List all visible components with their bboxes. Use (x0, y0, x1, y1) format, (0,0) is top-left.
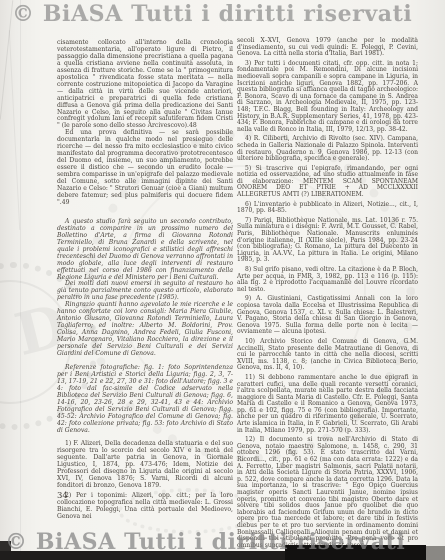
footnote-5: 5) Si trascrive qui l'epigrafe, rimandan… (237, 166, 418, 199)
footnote-2-continuation: secoli X–XVI, Genova 1979 (anche per le … (237, 38, 418, 58)
footnote-1: 1) F. Alizeri, Della decadenza della sta… (57, 441, 233, 490)
scan-crease (9, 30, 20, 230)
scanned-journal-page: D © BiASA Tutti i diritti riservati cisa… (0, 0, 445, 560)
footnote-10: 10) Archivio Storico del Comune di Genov… (237, 339, 418, 372)
page-number: 34 (57, 491, 68, 501)
watermark-top: © BiASA Tutti i diritti riservati (12, 1, 412, 27)
body-paragraph: Ed una prova definitiva — se sarà possib… (57, 130, 233, 206)
scan-edge-line (20, 0, 21, 560)
footnote-2: 2) Per i toponimi: Alizeri, opp. citt.; … (57, 493, 233, 521)
footnote-3: 3) Per tutti i documenti citati, cfr. op… (237, 61, 418, 134)
footnote-8: 8) Sul grifo pisano, vedi oltre. La cita… (237, 267, 418, 293)
footnote-7: 7) Parigi, Bibliothèque Nationale, ms. L… (237, 218, 418, 264)
footnote-6: 6) L'inventario è pubblicato in Alizeri,… (237, 202, 418, 215)
acknowledgements-paragraph: Ringrazio quanti hanno agevolato le mie … (57, 302, 233, 358)
scan-bar-farright (426, 546, 445, 560)
body-paragraph-continuation: cisamente collocato all'interno della cr… (57, 40, 233, 130)
footnote-9: 9) A. Giustiniani, Castigatissimi Annali… (237, 296, 418, 336)
watermark-bottom: © BiASA Tutti i diritti riservati (5, 529, 405, 555)
editorial-note-paragraph: Dei molti dati nuovi emersi in seguito a… (57, 281, 233, 302)
photo-credits-paragraph: Referenze fotografiche: fig. 1: foto Sop… (57, 365, 233, 435)
left-column: cisamente collocato all'interno della cr… (57, 40, 233, 521)
editorial-note-paragraph: A questo studio farà seguito un secondo … (57, 219, 233, 282)
right-column: secoli X–XVI, Genova 1979 (anche per le … (237, 38, 418, 549)
footnote-4: 4) R. Ciliberti, Archivio di Rivolto (se… (237, 136, 418, 162)
footnote-11: 11) Si debbono rammentare anche le due e… (237, 375, 418, 434)
